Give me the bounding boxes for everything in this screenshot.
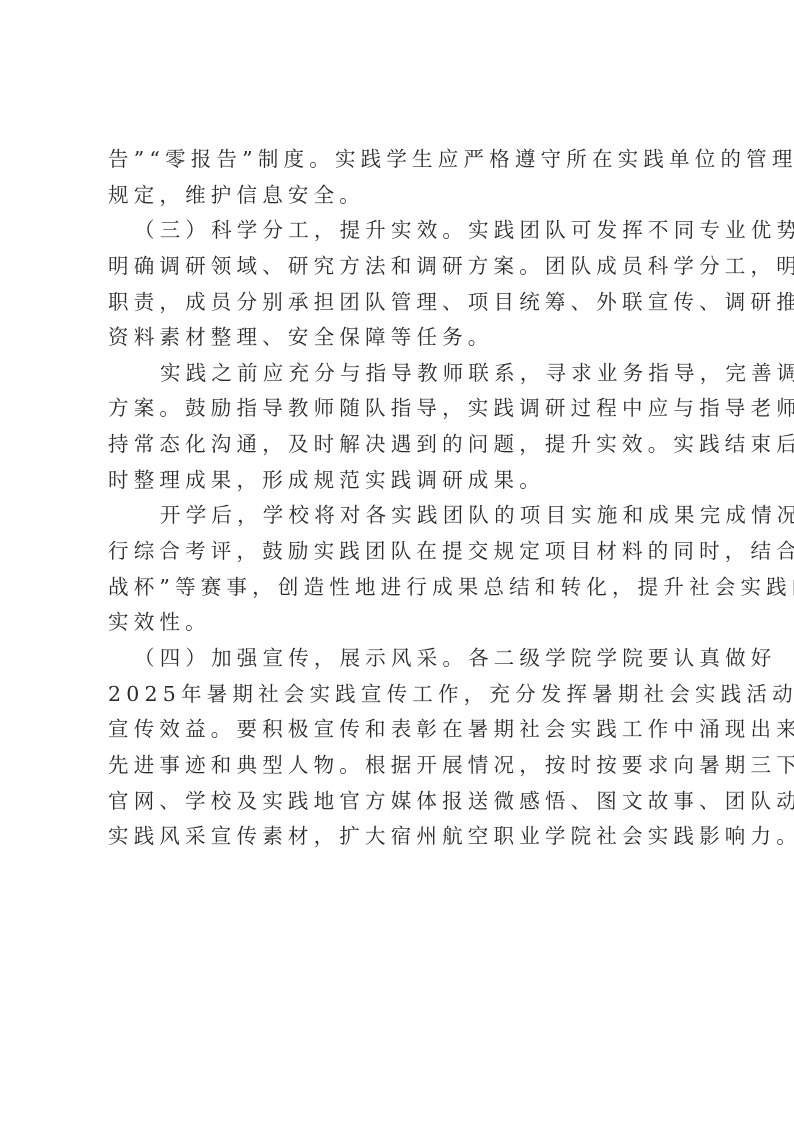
- text-line: 时整理成果，形成规范实践调研成果。: [108, 463, 692, 499]
- text-line: 方案。鼓励指导教师随队指导，实践调研过程中应与指导老师保: [108, 391, 692, 427]
- text-line: 战杯”等赛事，创造性地进行成果总结和转化，提升社会实践的: [108, 570, 692, 606]
- text-line: 先进事迹和典型人物。根据开展情况，按时按要求向暑期三下乡: [108, 748, 692, 784]
- text-line: 告”“零报告”制度。实践学生应严格遵守所在实践单位的管理: [108, 142, 692, 178]
- paragraph-zero-report: 告”“零报告”制度。实践学生应严格遵守所在实践单位的管理 规定，维护信息安全。: [108, 142, 692, 213]
- text-line: 明确调研领域、研究方法和调研方案。团队成员科学分工，明确: [108, 249, 692, 285]
- paragraph-section-4: （四）加强宣传，展示风采。各二级学院学院要认真做好 2025年暑期社会实践宣传工…: [108, 641, 692, 855]
- text-line: 实践风采宣传素材，扩大宿州航空职业学院社会实践影响力。: [108, 819, 692, 855]
- text-line: 职责，成员分别承担团队管理、项目统筹、外联宣传、调研推进、: [108, 285, 692, 321]
- text-line: 官网、学校及实践地官方媒体报送微感悟、图文故事、团队动态、: [108, 784, 692, 820]
- paragraph-evaluation: 开学后，学校将对各实践团队的项目实施和成果完成情况进 行综合考评，鼓励实践团队在…: [108, 498, 692, 641]
- document-page: 告”“零报告”制度。实践学生应严格遵守所在实践单位的管理 规定，维护信息安全。 …: [108, 142, 692, 855]
- text-line: 资料素材整理、安全保障等任务。: [108, 320, 692, 356]
- text-line: 实效性。: [108, 605, 692, 641]
- paragraph-section-3: （三）科学分工，提升实效。实践团队可发挥不同专业优势， 明确调研领域、研究方法和…: [108, 213, 692, 356]
- text-line: 实践之前应充分与指导教师联系，寻求业务指导，完善调研: [108, 356, 692, 392]
- text-line: 2025年暑期社会实践宣传工作，充分发挥暑期社会实践活动的: [108, 677, 692, 713]
- section-heading-line: （四）加强宣传，展示风采。各二级学院学院要认真做好: [108, 641, 692, 677]
- text-line: 行综合考评，鼓励实践团队在提交规定项目材料的同时，结合“挑: [108, 534, 692, 570]
- text-line: 规定，维护信息安全。: [108, 178, 692, 214]
- section-heading-line: （三）科学分工，提升实效。实践团队可发挥不同专业优势，: [108, 213, 692, 249]
- paragraph-teacher-guidance: 实践之前应充分与指导教师联系，寻求业务指导，完善调研 方案。鼓励指导教师随队指导…: [108, 356, 692, 499]
- text-line: 开学后，学校将对各实践团队的项目实施和成果完成情况进: [108, 498, 692, 534]
- text-line: 持常态化沟通，及时解决遇到的问题，提升实效。实践结束后及: [108, 427, 692, 463]
- text-line: 宣传效益。要积极宣传和表彰在暑期社会实践工作中涌现出来的: [108, 712, 692, 748]
